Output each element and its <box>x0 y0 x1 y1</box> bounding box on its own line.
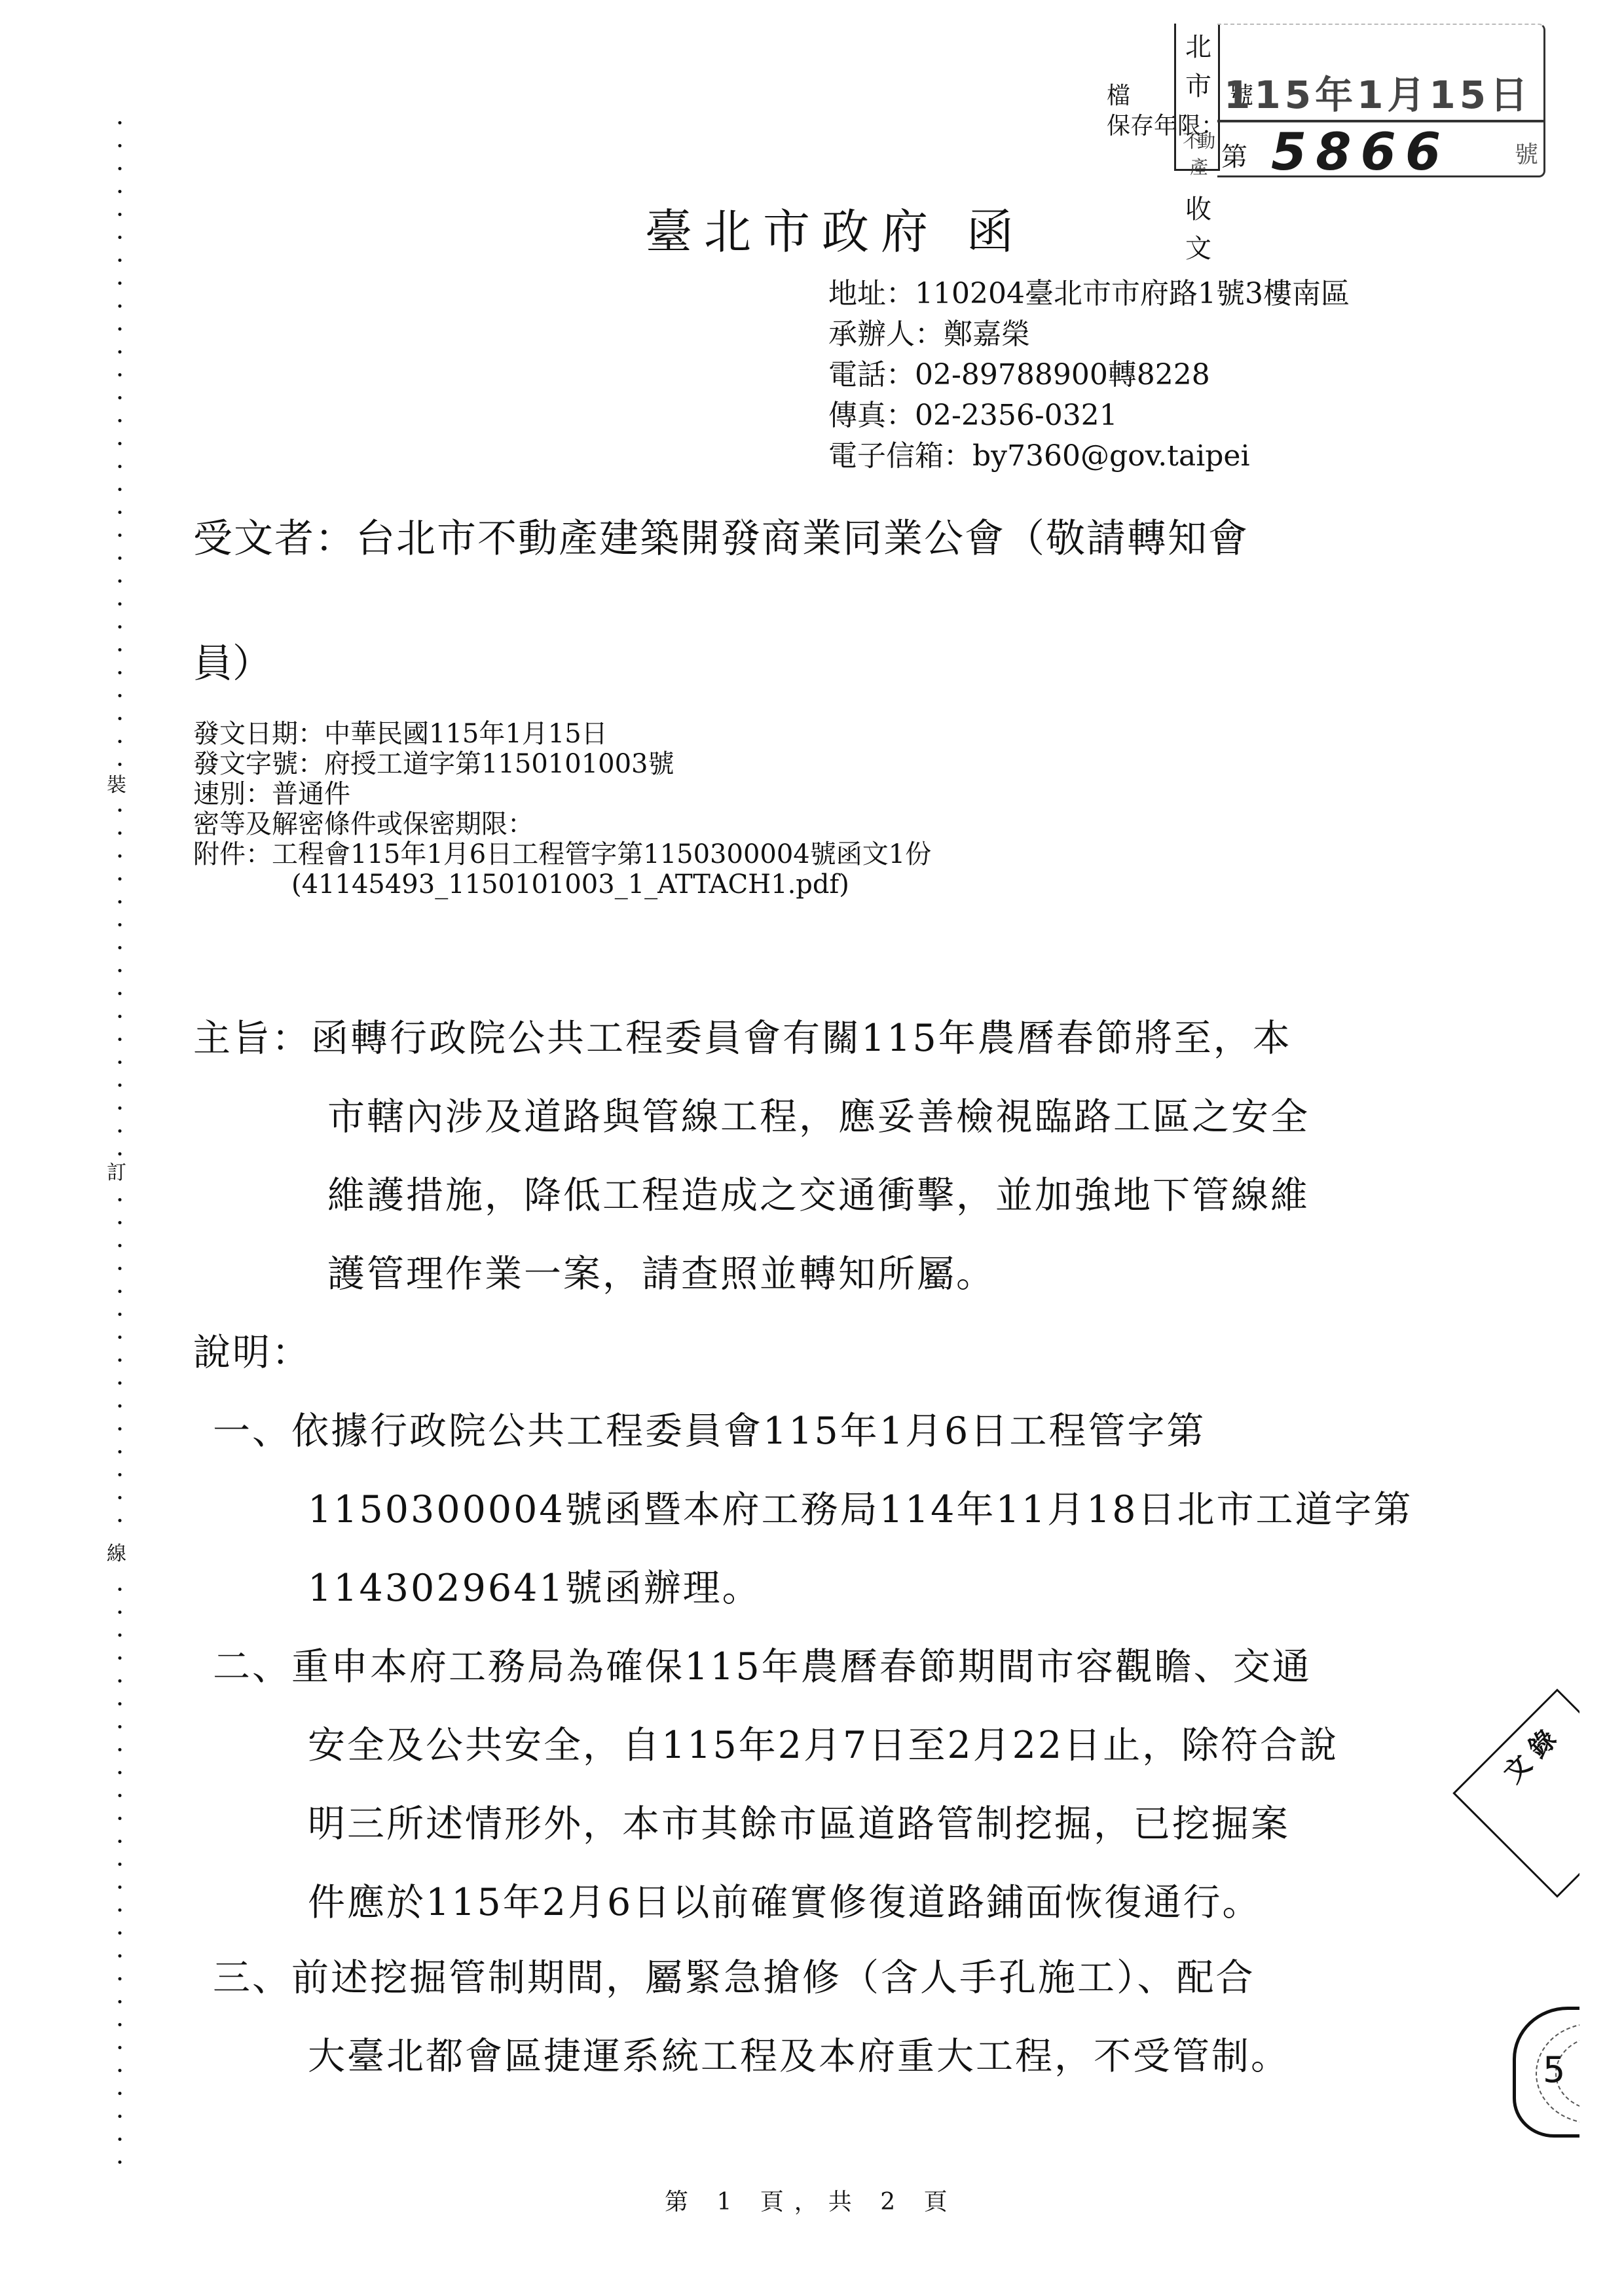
stamp-org-line2: 不動產 <box>1176 128 1218 181</box>
explanation-item-3-line: 三、前述挖掘管制期間，屬緊急搶修（含人手孔施工）、配合 <box>213 1948 1255 2001</box>
contact-email: 電子信箱：by7360@gov.taipei <box>828 436 1350 477</box>
page-edge <box>1579 0 1624 2296</box>
meta-issue-number: 發文字號：府授工道字第1150101003號 <box>193 749 931 779</box>
binding-dotted-line <box>118 111 122 2180</box>
explanation-item-1-line: 1150300004號函暨本府工務局114年11月18日北市工道字第 <box>308 1480 1413 1533</box>
recipient-line2: 員） <box>193 632 272 689</box>
receipt-stamp-fields: 115年1月15日 第 5866 號 <box>1217 24 1545 177</box>
explanation-item-2-line: 安全及公共安全，自115年2月7日至2月22日止，除符合說 <box>308 1715 1338 1769</box>
meta-classification: 密等及解密條件或保密期限： <box>193 809 931 839</box>
explanation-item-3-line: 大臺北都會區捷運系統工程及本府重大工程，不受管制。 <box>308 2026 1290 2080</box>
stamp-number-prefix: 第 <box>1221 136 1247 173</box>
binding-mark-xian: 線 <box>103 1540 130 1569</box>
explanation-heading: 說明： <box>193 1322 311 1376</box>
stamp-divider <box>1217 120 1543 122</box>
recipient-line1: 受文者：台北市不動產建築開發商業同業公會（敬請轉知會 <box>193 507 1249 564</box>
meta-issue-date: 發文日期：中華民國115年1月15日 <box>193 719 931 749</box>
subject-line: 市轄內涉及道路與管線工程，應妥善檢視臨路工區之安全 <box>327 1087 1310 1140</box>
seal-stamp-number: 5 <box>1543 2049 1565 2090</box>
receipt-stamp: 北市 不動產 收文 115年1月15日 第 5866 號 <box>1174 24 1546 173</box>
subject-line: 主旨：函轉行政院公共工程委員會有關115年農曆春節將至，本 <box>193 1008 1292 1062</box>
explanation-item-2-line: 明三所述情形外，本市其餘市區道路管制挖掘，已挖掘案 <box>308 1794 1290 1848</box>
binding-mark-zhuang: 裝 <box>103 771 130 800</box>
contact-officer: 承辦人：鄭嘉榮 <box>828 314 1350 355</box>
subject-line: 護管理作業一案，請查照並轉知所屬。 <box>327 1244 995 1298</box>
stamp-date: 115年1月15日 <box>1224 64 1532 119</box>
explanation-item-2-line: 二、重申本府工務局為確保115年農曆春節期間市容觀瞻、交通 <box>213 1637 1312 1690</box>
receipt-stamp-org: 北市 不動產 收文 <box>1174 24 1220 171</box>
page-footer: 第 1 頁，共 2 頁 <box>665 2183 958 2217</box>
explanation-item-2-line: 件應於115年2月6日以前確實修復道路鋪面恢復通行。 <box>308 1872 1261 1926</box>
contact-address: 地址：110204臺北市市府路1號3樓南區 <box>828 274 1350 314</box>
binding-mark-ding: 訂 <box>103 1159 130 1188</box>
meta-attachment: 附件：工程會115年1月6日工程管字第1150300004號函文1份 <box>193 839 931 869</box>
meta-speed: 速別：普通件 <box>193 779 931 809</box>
stamp-org-line3: 收文 <box>1176 190 1218 268</box>
stamp-number-suffix: 號 <box>1515 136 1538 170</box>
contact-block: 地址：110204臺北市市府路1號3樓南區 承辦人：鄭嘉榮 電話：02-8978… <box>828 274 1350 477</box>
contact-phone: 電話：02-89788900轉8228 <box>828 355 1350 395</box>
document-meta: 發文日期：中華民國115年1月15日 發文字號：府授工道字第1150101003… <box>193 719 931 900</box>
document-title: 臺北市政府 函 <box>645 194 1025 262</box>
explanation-item-1-line: 一、依據行政院公共工程委員會115年1月6日工程管字第 <box>213 1401 1206 1455</box>
subject-line: 維護措施，降低工程造成之交通衝擊，並加強地下管線維 <box>327 1165 1310 1219</box>
stamp-handwritten-number: 5866 <box>1271 123 1450 182</box>
meta-attachment-file: (41145493_1150101003_1_ATTACH1.pdf) <box>193 869 931 900</box>
stamp-org-line1: 北市 <box>1176 27 1218 106</box>
contact-fax: 傳真：02-2356-0321 <box>828 395 1350 436</box>
explanation-item-1-line: 1143029641號函辦理。 <box>308 1558 762 1612</box>
